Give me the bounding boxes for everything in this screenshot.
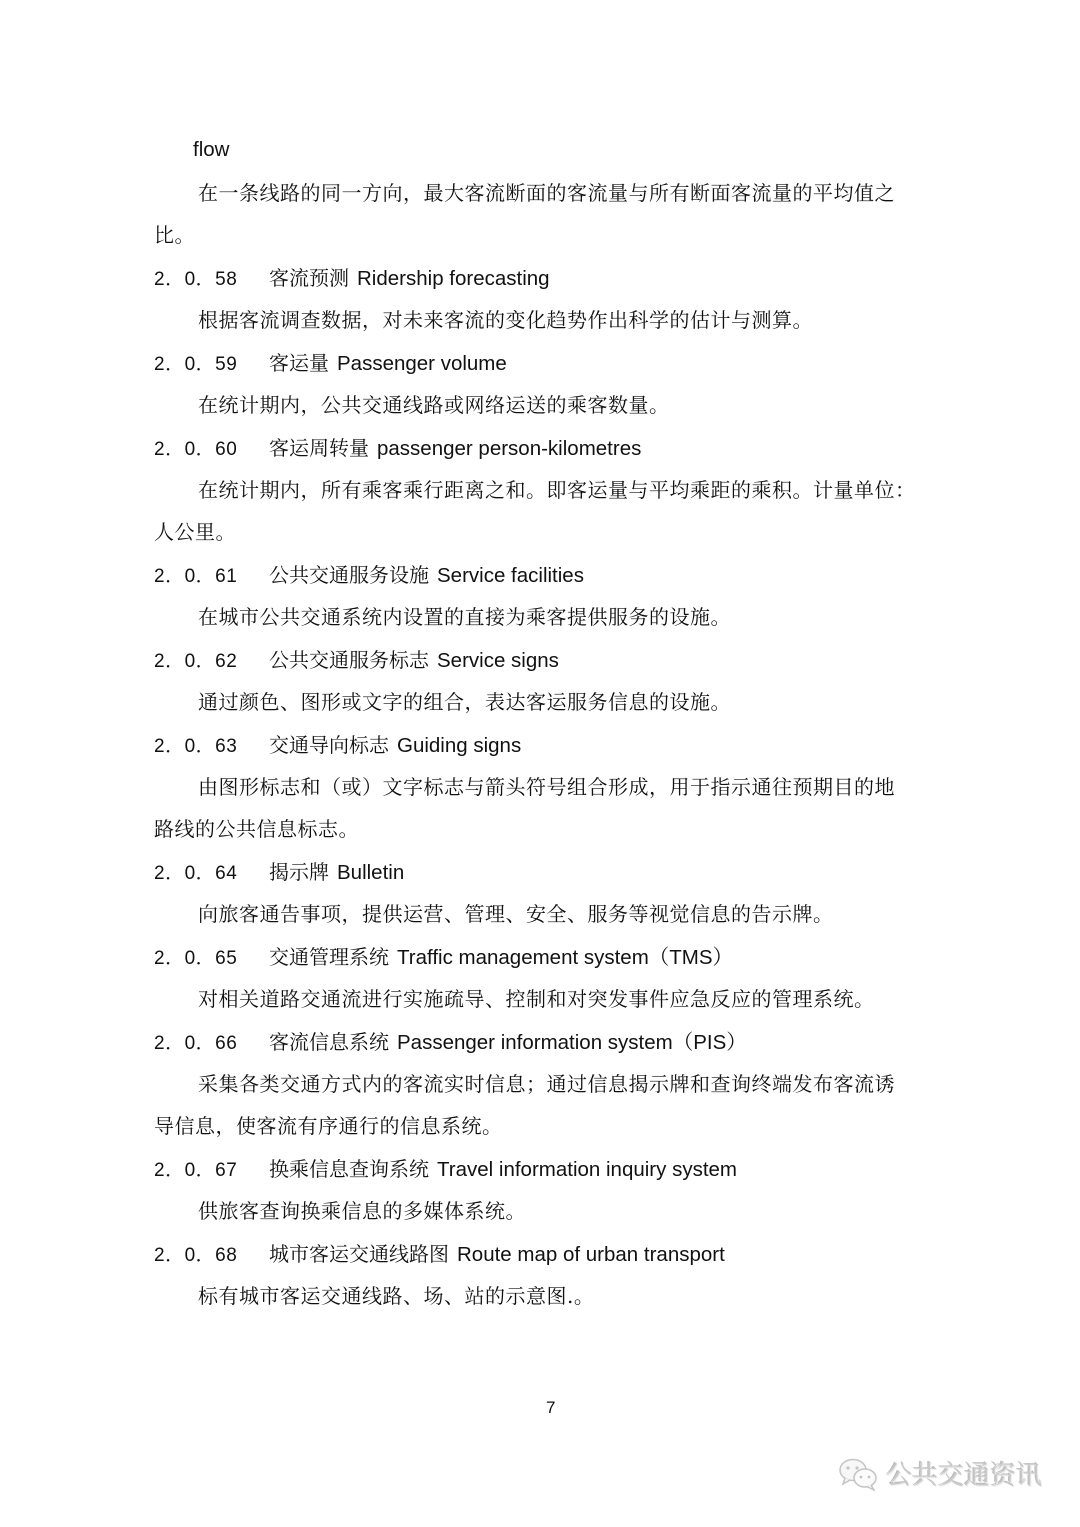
- term-number: 2．0．68: [154, 1242, 269, 1270]
- continuation-definition-line2: 比。: [154, 221, 195, 249]
- term-en: Bulletin: [337, 861, 404, 884]
- term-definition-cont: 导信息，使客流有序通行的信息系统。: [154, 1112, 503, 1140]
- document-page: flow 在一条线路的同一方向，最大客流断面的客流量与所有断面客流量的平均值之 …: [0, 0, 1080, 1527]
- term-heading: 2．0．60客运周转量passenger person-kilometres: [154, 434, 641, 464]
- term-en: Service signs: [437, 649, 559, 672]
- term-heading: 2．0．58客流预测Ridership forecasting: [154, 264, 550, 294]
- term-number: 2．0．64: [154, 860, 269, 888]
- term-zh: 公共交通服务设施: [269, 563, 429, 587]
- term-number: 2．0．58: [154, 266, 269, 294]
- term-en: Passenger information system（PIS）: [397, 1031, 747, 1054]
- term-definition: 采集各类交通方式内的客流实时信息；通过信息揭示牌和查询终端发布客流诱: [198, 1070, 895, 1098]
- term-en: passenger person-kilometres: [377, 437, 641, 460]
- term-definition-cont: 人公里。: [154, 518, 236, 546]
- term-zh: 客流预测: [269, 266, 349, 290]
- term-heading: 2．0．63交通导向标志Guiding signs: [154, 731, 521, 761]
- term-heading: 2．0．68城市客运交通线路图Route map of urban transp…: [154, 1240, 725, 1270]
- term-zh: 公共交通服务标志: [269, 648, 429, 672]
- term-heading: 2．0．61公共交通服务设施Service facilities: [154, 561, 584, 591]
- term-heading: 2．0．67换乘信息查询系统Travel information inquiry…: [154, 1155, 737, 1185]
- term-zh: 揭示牌: [269, 860, 329, 884]
- term-en: Travel information inquiry system: [437, 1158, 737, 1181]
- term-definition: 标有城市客运交通线路、场、站的示意图.。: [198, 1282, 594, 1310]
- watermark-text: 公共交通资讯: [886, 1455, 1042, 1492]
- term-definition: 在统计期内，公共交通线路或网络运送的乘客数量。: [198, 391, 670, 419]
- term-number: 2．0．65: [154, 945, 269, 973]
- term-en: Passenger volume: [337, 352, 507, 375]
- term-definition: 在城市公共交通系统内设置的直接为乘客提供服务的设施。: [198, 603, 731, 631]
- term-definition: 由图形标志和（或）文字标志与箭头符号组合形成，用于指示通往预期目的地: [198, 773, 895, 801]
- term-definition: 对相关道路交通流进行实施疏导、控制和对突发事件应急反应的管理系统。: [198, 985, 875, 1013]
- term-definition: 根据客流调查数据，对未来客流的变化趋势作出科学的估计与测算。: [198, 306, 813, 334]
- term-en: Guiding signs: [397, 734, 521, 757]
- term-definition: 在统计期内，所有乘客乘行距离之和。即客运量与平均乘距的乘积。计量单位：: [198, 476, 916, 504]
- term-zh: 客流信息系统: [269, 1030, 389, 1054]
- term-zh: 客运量: [269, 351, 329, 375]
- term-heading: 2．0．59客运量Passenger volume: [154, 349, 507, 379]
- continuation-en-tail: flow: [193, 136, 229, 164]
- term-en: Route map of urban transport: [457, 1243, 725, 1266]
- term-definition: 供旅客查询换乘信息的多媒体系统。: [198, 1197, 526, 1225]
- term-zh: 客运周转量: [269, 436, 369, 460]
- page-number: 7: [546, 1398, 555, 1418]
- term-zh: 城市客运交通线路图: [269, 1242, 449, 1266]
- term-heading: 2．0．64揭示牌Bulletin: [154, 858, 404, 888]
- term-zh: 交通管理系统: [269, 945, 389, 969]
- wechat-icon: [838, 1457, 880, 1491]
- term-definition: 通过颜色、图形或文字的组合，表达客运服务信息的设施。: [198, 688, 731, 716]
- continuation-definition-line1: 在一条线路的同一方向，最大客流断面的客流量与所有断面客流量的平均值之: [198, 179, 895, 207]
- term-definition-cont: 路线的公共信息标志。: [154, 815, 359, 843]
- term-heading: 2．0．62公共交通服务标志Service signs: [154, 646, 559, 676]
- watermark: 公共交通资讯: [838, 1455, 1042, 1492]
- term-heading: 2．0．66客流信息系统Passenger information system…: [154, 1028, 747, 1058]
- term-number: 2．0．61: [154, 563, 269, 591]
- term-en: Ridership forecasting: [357, 267, 550, 290]
- term-zh: 换乘信息查询系统: [269, 1157, 429, 1181]
- term-en: Traffic management system（TMS）: [397, 946, 733, 969]
- term-number: 2．0．63: [154, 733, 269, 761]
- term-number: 2．0．67: [154, 1157, 269, 1185]
- term-number: 2．0．66: [154, 1030, 269, 1058]
- term-number: 2．0．62: [154, 648, 269, 676]
- term-en: Service facilities: [437, 564, 584, 587]
- term-heading: 2．0．65交通管理系统Traffic management system（TM…: [154, 943, 733, 973]
- term-zh: 交通导向标志: [269, 733, 389, 757]
- term-definition: 向旅客通告事项，提供运营、管理、安全、服务等视觉信息的告示牌。: [198, 900, 834, 928]
- term-number: 2．0．60: [154, 436, 269, 464]
- term-number: 2．0．59: [154, 351, 269, 379]
